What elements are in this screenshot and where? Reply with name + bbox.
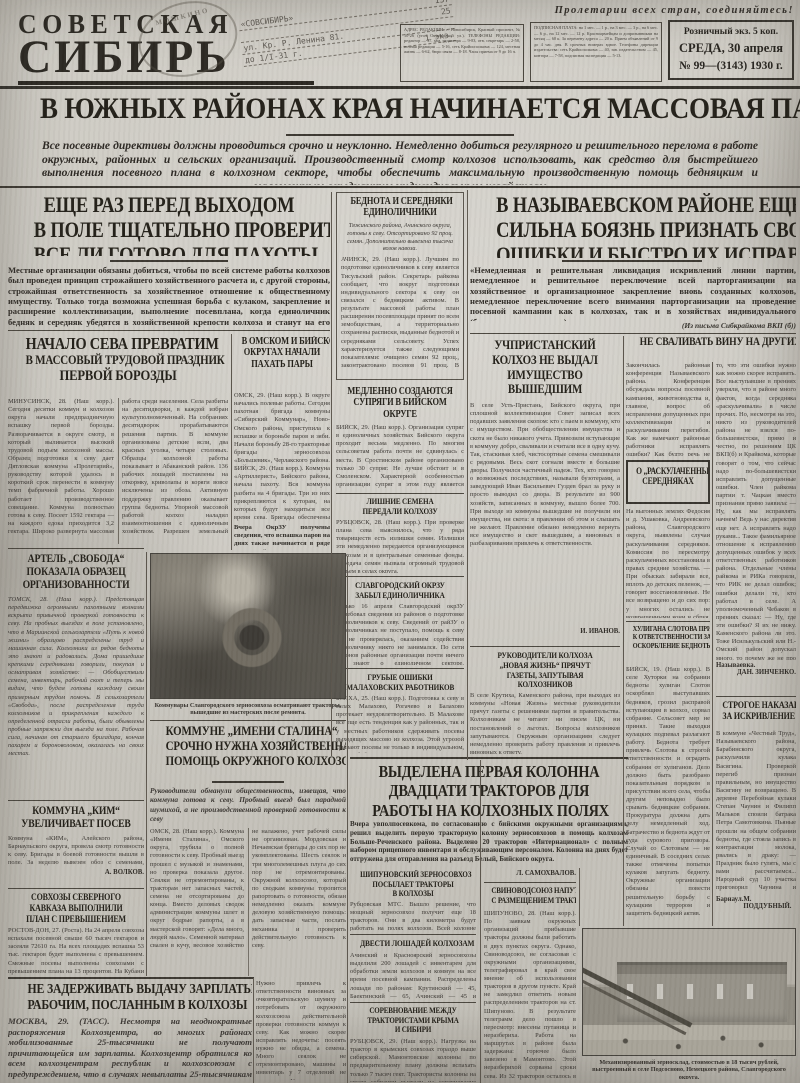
banner-deck: Все посевные директивы должны проводитьс… xyxy=(42,139,758,185)
headline-line: МЕДЛЕННО СОЗДАЮТСЯ xyxy=(346,386,454,397)
postal-oval-stamp-text: МОШКИНО xyxy=(155,6,210,27)
headline-line: НЕ СВАЛИВАТЬ ВИНУ НА ДРУГИХ xyxy=(640,336,783,349)
headline-line: В ПОЛЕ ТЩАТЕЛЬНО ПРОВЕРИТЬ xyxy=(34,217,304,242)
article-sovhozy-headline: СОВХОЗЫ СЕВЕРНОГО КАВКАЗА ВЫПОЛНИЛИ ПЛАН… xyxy=(8,893,144,925)
article-strogoe-body: В коммуне «Честный Труд», Называевского … xyxy=(716,730,796,894)
article-grubye-body: БОЛХА, 25. (Наш корр.). Подготовка к сев… xyxy=(336,695,464,753)
section-rule xyxy=(150,720,346,721)
section-rule xyxy=(8,330,330,331)
article-bednota: БЕДНОТА И СЕРЕДНЯКИ ЕДИНОЛИЧНИКИ Тяжинск… xyxy=(336,192,464,380)
article-nezader-body: МОСКВА, 29. (ТАСС). Несмотря на неоднокр… xyxy=(8,1016,252,1080)
column-rule xyxy=(623,336,624,926)
article-nesval-col2: то, что эти ошибки нужно как можно скоре… xyxy=(716,362,796,660)
article-stalina-body: ОМСК, 28. (Наш корр.). Коммуна «Имени Ст… xyxy=(150,828,346,976)
article-uchprist-signature: И. ИВАНОВ. xyxy=(470,628,620,635)
content-top-rule xyxy=(0,186,800,188)
headline-line: ОКРУГЕ xyxy=(346,409,454,420)
headline-line: И СИБИРИ xyxy=(360,1025,466,1035)
article-stalina-deck: Руководители обманули общественность, из… xyxy=(150,786,346,826)
article-raskul-box: О „РАСКУЛАЧЕННЫХ“ СЕРЕДНЯКАХ xyxy=(626,460,710,504)
article-sorev-headline: СОРЕВНОВАНИЕ МЕЖДУ ТРАКТОРИСТАМИ КРЫМА И… xyxy=(350,1006,476,1036)
article-nezader-headline: НЕ ЗАДЕРЖИВАТЬ ВЫДАЧУ ЗАРПЛАТЫ РАБОЧИМ, … xyxy=(8,982,252,1014)
headline-line: ОРГАНИЗОВАННОСТИ xyxy=(19,579,133,592)
article-nazyv-headline: В НАЗЫВАЕВСКОМ РАЙОНЕ ЕЩЕ СИЛЬНА БОЯЗНЬ … xyxy=(470,192,796,258)
article-sorev-body: РУБЦОВСК, 29. (Наш корр.). Нагрузка на т… xyxy=(350,1038,476,1082)
section-rule xyxy=(8,977,254,979)
headline-line: ПАХАТЬ ПАРЫ xyxy=(242,359,323,370)
headline-line: СВИНОВОДСОЮЗ НАПУТАЛ xyxy=(491,886,568,896)
article-bednota-subdeck: Тяжинского района, Ачинского округа, гот… xyxy=(341,222,459,254)
article-kim-body: Коммуна «КИМ», Алейского района, Барнаул… xyxy=(8,835,144,867)
headline-divider xyxy=(562,260,702,262)
headline-line: ВЫДЕЛЕНА ПЕРВАЯ КОЛОННА xyxy=(372,762,606,781)
article-slavgorod-body: Только 16 апреля Славгородский окрЗУ зат… xyxy=(336,603,464,665)
article-rukovod-body: В селе Крутиха, Каменского района, при в… xyxy=(470,692,620,754)
headline-line: В ОМСКОМ И БИЙСКОМ xyxy=(242,336,323,347)
article-grubye-headline: ГРУБЫЕ ОШИБКИ МАЛАХОВСКИХ РАБОТНИКОВ xyxy=(336,673,464,693)
headline-line: ЗА ИСКРИВЛЕНИЕ xyxy=(722,712,789,723)
section-rule xyxy=(626,621,710,622)
headline-line: ПЛАН С ПРЕВЫШЕНИЕМ xyxy=(19,915,133,925)
photo-granary-caption: Механизированный зерносклад, стоимостью … xyxy=(582,1059,796,1079)
article-omsk-note: Вчера ОкрЗУ получены сведения, что вспаш… xyxy=(234,524,330,550)
headline-line: ТРАКТОРИСТАМИ КРЫМА xyxy=(360,1016,466,1026)
article-nesval-col1: Закончилась районная конференция Называе… xyxy=(626,362,710,456)
headline-line: РАБОЧИМ, ПОСЛАННЫМ В КОЛХОЗЫ xyxy=(28,998,233,1014)
article-svinovod-body: ШИПУНОВО, 28. (Наш корр.). По заявкам ок… xyxy=(484,910,576,1080)
column-rule xyxy=(146,552,147,976)
signature-place: Называевка. xyxy=(716,662,796,669)
headline-line: ПЕРЕДАЛИ КОЛХОЗУ xyxy=(346,507,454,517)
headline-line: ОСКОРБЛЕНИЕ БЕДНОТЫ xyxy=(633,642,704,650)
column-rule xyxy=(467,190,468,760)
headline-line: О „РАСКУЛАЧЕННЫХ“ xyxy=(636,466,700,476)
banner-headline: В ЮЖНЫХ РАЙОНАХ КРАЯ НАЧИНАЕТСЯ МАССОВАЯ… xyxy=(40,92,760,126)
headline-divider xyxy=(110,260,228,262)
article-eshche-lead: Местные организации обязаны добиться, чт… xyxy=(8,265,330,327)
signature-text: ДАН. ЗИНЧЕНКО. xyxy=(737,669,796,676)
headline-line: ПОКАЗАЛА ОБРАЗЕЦ xyxy=(19,566,133,579)
article-huligana-body: БИЙСК, 19. (Наш корр.). В селе Хуторки н… xyxy=(626,666,710,924)
headline-line: ДВЕСТИ ЛОШАДЕЙ КОЛХОЗАМ xyxy=(360,938,466,948)
photo-tractor-inspection xyxy=(150,553,346,699)
banner-top-rule xyxy=(0,86,800,89)
granary-foreground xyxy=(583,1027,795,1055)
signature-place: Барнаул. xyxy=(716,896,743,910)
headline-line: БЕДНОТА И СЕРЕДНЯКИ xyxy=(350,196,449,207)
headline-line: ПОМОЩЬ ОКРУЖНОГО КОЛХОЗСОЮЗА xyxy=(166,754,331,769)
article-omsk-headline: В ОМСКОМ И БИЙСКОМ ОКРУГАХ НАЧАЛИ ПАХАТЬ… xyxy=(234,336,330,388)
article-nazyv-lead: «Немедленная и решительная ликвидация ис… xyxy=(470,265,796,321)
article-strogoe-headline: СТРОГОЕ НАКАЗАНИЕ ЗА ИСКРИВЛЕНИЕ xyxy=(716,701,796,727)
article-huligana-headline: ХУЛИГАНА СЛОТОВА ПРИВЛЕЧЬ К ОТВЕТСТВЕННО… xyxy=(626,625,710,663)
section-rule xyxy=(350,1002,476,1003)
headline-line: ОШИБКИ И БЫСТРО ИХ ИСПРАВИТЬ xyxy=(496,242,770,258)
signature-text: М. ПОДДУБНЫЙ. xyxy=(743,896,796,910)
column-rule xyxy=(347,556,348,1083)
signature-text: А. ВОЛКОВ. xyxy=(105,869,144,876)
headline-line: СЕРЕДНЯКАХ xyxy=(636,476,700,486)
article-dvesti-body: Ачинский и Красноярский зерносовхозы выд… xyxy=(350,952,476,1000)
article-stalina-headline: КОММУНЕ „ИМЕНИ СТАЛИНА“ СРОЧНО НУЖНА ХОЗ… xyxy=(150,724,346,778)
headline-line: ЕЩЕ РАЗ ПЕРЕД ВЫХОДОМ xyxy=(34,192,304,217)
article-kim-headline: КОММУНА „КИМ“ УВЕЛИЧИВАЕТ ПОСЕВ xyxy=(8,805,144,833)
headline-line: КАВКАЗА ВЫПОЛНИЛИ xyxy=(19,904,133,915)
headline-line: В МАССОВЫЙ ТРУДОВОЙ ПРАЗДНИК xyxy=(26,353,211,368)
article-nesval-signature: Называевка. ДАН. ЗИНЧЕНКО. xyxy=(716,662,796,676)
headline-line: КОЛХОЗ НЕ ВЫДАЛ xyxy=(482,353,608,368)
section-rule xyxy=(336,576,464,577)
subscription-box-text: ПОДПИСНАЯ ПЛАТА: на 1 мес. — 1 р., на 3 … xyxy=(534,25,658,58)
headline-line: ПОСЫЛАЕТ ТРАКТОРЫ xyxy=(360,880,466,890)
headline-line: КОММУНЕ „ИМЕНИ СТАЛИНА“ xyxy=(166,724,331,739)
granary-building xyxy=(617,962,787,1022)
article-nachalo-body: МИНУСИНСК, 28. (Наш корр.). Сегодня деся… xyxy=(8,398,228,544)
headline-line: ВЫШЕДШИМ xyxy=(482,382,608,397)
headline-line: ЕДИНОЛИЧНИКИ xyxy=(350,207,449,218)
slogan: Пролетарии всех стран, соединяйтесь! xyxy=(470,5,794,16)
article-lishnie-body: РУБЦОВСК, 28. (Наш корр.). При проверке … xyxy=(336,519,464,573)
section-rule xyxy=(470,333,796,334)
headline-line: ДВАДЦАТИ ТРАКТОРОВ ДЛЯ xyxy=(372,781,606,800)
address-box: АДРЕС РЕДАКЦИИ: г. Новосибирск, Красный … xyxy=(400,24,524,82)
banner-headline-block: В ЮЖНЫХ РАЙОНАХ КРАЯ НАЧИНАЕТСЯ МАССОВАЯ… xyxy=(0,92,800,132)
headline-line: ВСЕ ЛИ ГОТОВО ДЛЯ ПАХОТЫ xyxy=(34,242,304,256)
signature-text: И. ИВАНОВ. xyxy=(580,628,620,635)
photo-tractor-caption: Коммунары Славгородского зерносовхоза ос… xyxy=(150,702,346,718)
headline-divider xyxy=(212,781,284,783)
headline-line: ШИПУНОВСКИЙ ЗЕРНОСОВХОЗ xyxy=(360,870,466,880)
article-slavgorod-headline: СЛАВГОРОДСКИЙ ОКРЗУ ЗАБЫЛ ЕДИНОЛИЧНИКА xyxy=(336,581,464,601)
article-vydelena-body: Вчера увполпосевкома, по согласованию с … xyxy=(350,820,628,866)
section-rule xyxy=(484,882,576,883)
signature-text: Л. САМОХВАЛОВ. xyxy=(516,870,576,877)
article-artel-headline: АРТЕЛЬ „СВОБОДА“ ПОКАЗАЛА ОБРАЗЕЦ ОРГАНИ… xyxy=(8,553,144,593)
headline-line: ПЕРВОЙ БОРОЗДЫ xyxy=(26,368,211,385)
article-nachalo-headline: НАЧАЛО СЕВА ПРЕВРАТИМ В МАССОВЫЙ ТРУДОВО… xyxy=(8,334,228,396)
headline-line: УЧПРИСТАНСКИЙ xyxy=(482,338,608,353)
article-uchprist-body: В селе Усть-Пристань, Бийского округа, п… xyxy=(470,402,620,624)
section-rule xyxy=(8,888,144,889)
article-uchprist-headline: УЧПРИСТАНСКИЙ КОЛХОЗ НЕ ВЫДАЛ ИМУЩЕСТВО … xyxy=(470,338,620,398)
issue-info-box: Розничный экз. 5 коп. СРЕДА, 30 апреля №… xyxy=(668,20,794,80)
article-sovhozy-body: РОСТОВ-ДОН, 27. (Роста). На 24 апреля со… xyxy=(8,927,144,975)
article-lishnie-headline: ЛИШНИЕ СЕМЕНА ПЕРЕДАЛИ КОЛХОЗУ xyxy=(336,497,464,517)
article-raskul-body: На выгонных землях Федосия и д. Ушаковка… xyxy=(626,508,710,618)
banner-divider xyxy=(286,134,514,136)
section-rule xyxy=(350,757,628,759)
headline-line: СУПРЯГИ В БИЙСКОМ xyxy=(346,397,454,408)
headline-line: СТРОГОЕ НАКАЗАНИЕ xyxy=(722,701,789,712)
article-stalina-continuation: Нужно привлечь к ответственности виновны… xyxy=(256,980,346,1080)
section-rule xyxy=(8,800,144,801)
article-shipunov-body: Рубцовская МТС. Вышло решение, что мощны… xyxy=(350,901,476,931)
column-rule xyxy=(480,760,481,1083)
headline-line: УВЕЛИЧИВАЕТ ПОСЕВ xyxy=(19,818,133,831)
article-nazyv-attribution: (Из письма Сибкрайкома ВКП (б)) xyxy=(470,321,796,330)
article-bednota-body: АЧИНСК, 29. (Наш корр.). Лучшим по подго… xyxy=(341,256,459,368)
headline-line: НЕ ЗАДЕРЖИВАТЬ ВЫДАЧУ ЗАРПЛАТЫ xyxy=(28,982,233,998)
article-medlenno-body: БИЙСК, 29. (Наш корр.). Организация супр… xyxy=(336,424,464,490)
article-artel-body: ТОМСК, 28. (Наш корр.). Предстоящая пере… xyxy=(8,596,144,796)
article-shipunov-headline: ШИПУНОВСКИЙ ЗЕРНОСОВХОЗ ПОСЫЛАЕТ ТРАКТОР… xyxy=(350,870,476,900)
headline-line: МАЛАХОВСКИХ РАБОТНИКОВ xyxy=(346,683,454,693)
column-rule xyxy=(712,362,713,926)
photo-granary xyxy=(582,928,796,1056)
section-rule xyxy=(350,934,476,935)
headline-line: КОММУНА „КИМ“ xyxy=(19,805,133,818)
headline-line: ОКРУГАХ НАЧАЛИ xyxy=(242,347,323,358)
headline-line: РАБОТЫ НА КОЛХОЗНЫХ ПОЛЯХ xyxy=(372,801,606,818)
headline-line: С РАЗМЕЩЕНИЕМ ТРАКТОРОВ xyxy=(491,896,568,906)
section-rule xyxy=(336,668,464,669)
article-vydelena-headline: ВЫДЕЛЕНА ПЕРВАЯ КОЛОННА ДВАДЦАТИ ТРАКТОР… xyxy=(350,762,628,818)
article-eshche-headline: ЕЩЕ РАЗ ПЕРЕД ВЫХОДОМ В ПОЛЕ ТЩАТЕЛЬНО П… xyxy=(8,192,330,256)
newspaper-page: СОВЕТСКАЯ СИБИРЬ МОШКИНО «СОВСИБИРЬ» 137… xyxy=(0,0,800,1083)
article-rukovod-headline: РУКОВОДИТЕЛИ КОЛХОЗА „НОВАЯ ЖИЗНЬ“ ПРЯЧУ… xyxy=(470,651,620,689)
section-rule xyxy=(716,696,796,697)
issue-number: № 99—(3143) 1930 г. xyxy=(674,60,788,72)
headline-line: НАЧАЛО СЕВА ПРЕВРАТИМ xyxy=(26,334,211,353)
article-kim-signature: А. ВОЛКОВ. xyxy=(8,869,144,876)
article-dvesti-headline: ДВЕСТИ ЛОШАДЕЙ КОЛХОЗАМ xyxy=(350,938,476,950)
column-rule xyxy=(231,334,232,550)
headline-line: В КОЛХОЗЫ xyxy=(360,889,466,899)
article-medlenno-headline: МЕДЛЕННО СОЗДАЮТСЯ СУПРЯГИ В БИЙСКОМ ОКР… xyxy=(336,386,464,422)
headline-line: ИМУЩЕСТВО xyxy=(482,368,608,383)
column-rule xyxy=(579,868,580,926)
ticket-number-1: 137 xyxy=(434,0,449,5)
column-rule xyxy=(253,978,254,1083)
column-rule xyxy=(331,192,332,756)
issue-date: СРЕДА, 30 апреля xyxy=(674,41,788,56)
article-svinovod-headline: СВИНОВОДСОЮЗ НАПУТАЛ С РАЗМЕЩЕНИЕМ ТРАКТ… xyxy=(484,886,576,908)
headline-line: АРТЕЛЬ „СВОБОДА“ xyxy=(19,553,133,566)
article-strogoe-signature: Барнаул. М. ПОДДУБНЫЙ. xyxy=(716,896,796,910)
article-omsk-body: ОМСК, 29. (Наш корр.). В округе начались… xyxy=(234,392,330,522)
article-svinovod-prev-signature: Л. САМОХВАЛОВ. xyxy=(484,870,576,877)
headline-line: СРОЧНО НУЖНА ХОЗЯЙСТВЕННАЯ xyxy=(166,739,331,754)
headline-line: В НАЗЫВАЕВСКОМ РАЙОНЕ ЕЩЕ xyxy=(496,192,770,217)
headline-line: СИЛЬНА БОЯЗНЬ ПРИЗНАТЬ СВОИ xyxy=(496,217,770,242)
section-rule xyxy=(470,646,620,647)
section-rule xyxy=(8,548,144,549)
issue-price: Розничный экз. 5 коп. xyxy=(674,27,788,37)
headline-line: СОВХОЗЫ СЕВЕРНОГО xyxy=(19,893,133,904)
subscription-box: ПОДПИСНАЯ ПЛАТА: на 1 мес. — 1 р., на 3 … xyxy=(530,22,662,82)
section-rule xyxy=(336,493,464,494)
ticket-number-2: 25 xyxy=(440,6,451,16)
headline-line: ЗАБЫЛ ЕДИНОЛИЧНИКА xyxy=(346,591,454,601)
headline-line: КОЛХОЗНИКОВ xyxy=(482,680,608,689)
address-box-text: АДРЕС РЕДАКЦИИ: г. Новосибирск, Красный … xyxy=(404,27,520,55)
headline-line: СОРЕВНОВАНИЕ МЕЖДУ xyxy=(360,1006,466,1016)
article-nesval-headline: НЕ СВАЛИВАТЬ ВИНУ НА ДРУГИХ xyxy=(626,336,796,358)
